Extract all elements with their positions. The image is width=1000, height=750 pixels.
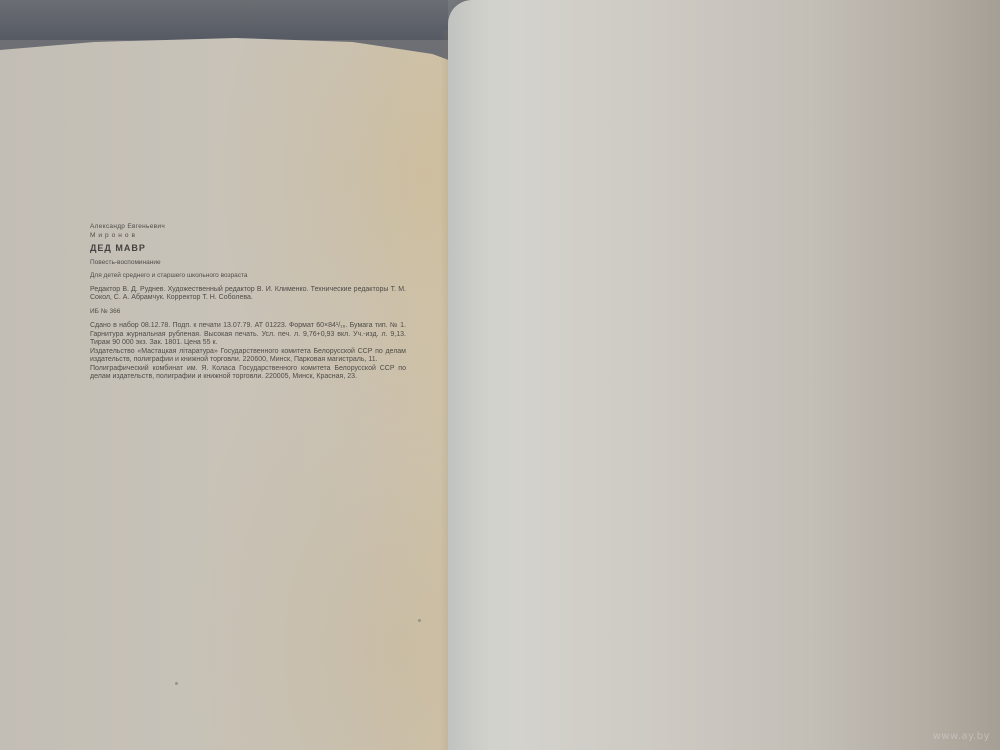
publisher-info: Издательство «Мастацкая літаратура» Госу… [90,348,406,365]
print-details: Сдано в набор 08.12.78. Подп. к печати 1… [90,322,406,348]
editors-credits: Редактор В. Д. Руднев. Художественный ре… [90,286,406,303]
ib-code: ИБ № 366 [90,308,406,317]
imprint-block: Александр Евгеньевич Миронов ДЕД МАВР По… [90,223,406,382]
author-name: Александр Евгеньевич [90,223,406,232]
author-surname: Миронов [90,232,406,241]
book-cover-edge [0,0,470,40]
book-title: ДЕД МАВР [90,244,406,253]
paper-speck [175,682,178,685]
printer-info: Полиграфический комбинат им. Я. Коласа Г… [90,365,406,382]
site-watermark: www.ay.by [933,731,990,742]
right-page-blank [448,0,1000,750]
paper-speck [418,619,421,622]
photo-scene: Александр Евгеньевич Миронов ДЕД МАВР По… [0,0,1000,750]
book-audience: Для детей среднего и старшего школьного … [90,272,260,281]
left-page [0,28,470,750]
book-genre: Повесть-воспоминание [90,259,406,268]
